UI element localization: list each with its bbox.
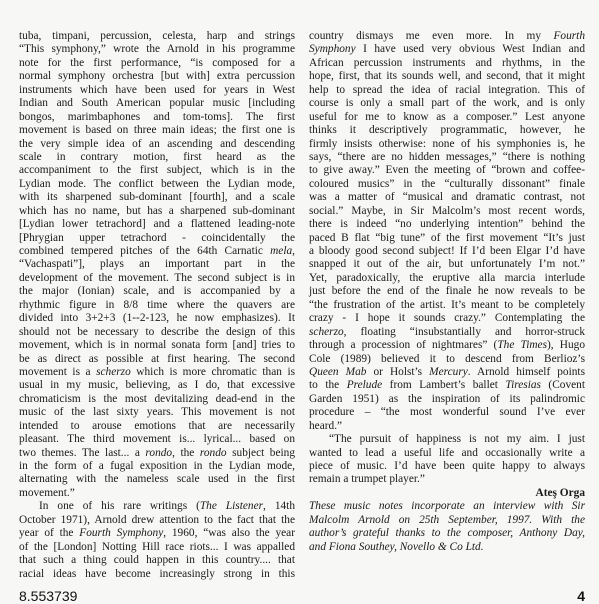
text-line: tuba, timpani, percussion, celesta, harp…: [19, 30, 295, 43]
text-line: wanted to lead a useful life and occasio…: [309, 447, 585, 460]
text-line: remain a trumpet player.”: [309, 473, 585, 486]
text-line: procedure – “the most wonderful sound I’…: [309, 406, 585, 419]
text-segment: ,: [292, 245, 295, 257]
italic-term-scherzo: scherzo: [309, 326, 344, 338]
text-segment: In one of his rare writings (: [39, 500, 200, 512]
text-line: [Lydian lower tetrachord] and a flattene…: [19, 218, 295, 231]
text-line: Symphony I have used very obvious West I…: [309, 43, 585, 56]
italic-title-mercury: Mercury: [429, 366, 468, 378]
text-line: “The pursuit of happiness is not my aim.…: [309, 433, 585, 446]
text-line: scale in contrary motion, first heard as…: [19, 151, 295, 164]
text-line: In one of his rare writings (The Listene…: [19, 500, 295, 513]
text-segment: combined tempered pitches of the 64th Ca…: [19, 245, 270, 257]
text-line: heard.”: [309, 420, 585, 433]
text-line: “Vachaspati”], plays an important part i…: [19, 258, 295, 271]
text-line: note for the first performance, “is comp…: [19, 57, 295, 70]
text-line: to give away.” Even the meeting of “brow…: [309, 164, 585, 177]
text-line: rhythmic figure in 8/8 time where the qu…: [19, 299, 295, 312]
text-line: to the Prelude from Lambert’s ballet Tir…: [309, 379, 585, 392]
text-line: be as direct as possible at first hearin…: [19, 353, 295, 366]
text-segment: , the: [172, 447, 200, 459]
text-segment: , 1960, “was also the year: [163, 527, 295, 539]
credits-line: Malcolm Arnold on 25th September, 1997. …: [309, 514, 585, 527]
text-line: movement, which is in normal sonata form…: [19, 339, 295, 352]
credits-line: These music notes incorporate an intervi…: [309, 500, 585, 513]
text-line: piece of music. I’d have been quite happ…: [309, 460, 585, 473]
text-segment: . Arnold himself points: [468, 366, 585, 378]
text-line: a bloody good second subject! If I’d bee…: [309, 245, 585, 258]
text-segment: , floating “insubstantially and horror-s…: [344, 326, 585, 338]
italic-term-mela: mela: [270, 245, 292, 257]
catalogue-number: 8.553739: [19, 589, 77, 604]
text-segment: to the: [309, 379, 347, 391]
text-segment: , 14th: [263, 500, 295, 512]
left-column: tuba, timpani, percussion, celesta, harp…: [19, 30, 295, 581]
text-line: accompaniment to the first subject, whic…: [19, 164, 295, 177]
text-line: Queen Mab or Holst’s Mercury. Arnold him…: [309, 366, 585, 379]
text-line: usual in my music, believing, as I do, t…: [19, 379, 295, 392]
text-line: through a procession of nightmares” (The…: [309, 339, 585, 352]
text-line: country dismays me even more. In my Four…: [309, 30, 585, 43]
text-line: that such a thing could happen in this c…: [19, 554, 295, 567]
text-line: African percussion instruments and rhyth…: [309, 57, 585, 70]
text-line: just before the end of the finale he now…: [309, 285, 585, 298]
text-line: “the frustration of the artist. It’s mea…: [309, 299, 585, 312]
text-line: bongos, marimbaphones and tom-toms]. The…: [19, 111, 295, 124]
italic-title-fourth: Fourth: [553, 30, 585, 42]
text-line: hope, first, that its sounds well, and s…: [309, 70, 585, 83]
text-line: Lydian mode. The conflict between the Ly…: [19, 178, 295, 191]
text-line: firmly insists otherwise: none of his sy…: [309, 138, 585, 151]
text-line: social.” Maybe, in Sir Malcolm’s most re…: [309, 205, 585, 218]
text-line: course is only a small part of the work,…: [309, 97, 585, 110]
italic-term-rondo: rondo: [145, 447, 172, 459]
text-segment: ), Hugo: [547, 339, 585, 351]
text-segment: (Covent: [541, 379, 585, 391]
text-line: help to spread the idea of racial integr…: [309, 84, 585, 97]
text-line: movement is based on three main ideas; t…: [19, 124, 295, 137]
italic-title-tiresias: Tiresias: [505, 379, 541, 391]
italic-title-the-times: The Times: [497, 339, 547, 351]
text-line: snapped it out of the air, but unfortuna…: [309, 258, 585, 271]
text-line: was a matter of “musical and dramatic co…: [309, 191, 585, 204]
text-line: racial ideas have become increasingly st…: [19, 568, 295, 581]
text-segment: subject being: [227, 447, 295, 459]
text-line: paced B flat “big tune” of the first mov…: [309, 232, 585, 245]
text-segment: I have used very obvious West Indian and: [356, 43, 585, 55]
text-line: there is indeed “no underlying intention…: [309, 218, 585, 231]
text-line: thinks it descriptively programmatic, ho…: [309, 124, 585, 137]
text-line: Indian and South American popular music …: [19, 97, 295, 110]
text-line: coloured musics” in the “culturally diss…: [309, 178, 585, 191]
text-line: crazy - I hope it sounds crazy.” Contemp…: [309, 312, 585, 325]
italic-title-the-listener: The Listener: [200, 500, 263, 512]
text-line: the major (Ionian) scale, and is accompa…: [19, 285, 295, 298]
text-line: Yet, paradoxically, the eruptive alla ma…: [309, 272, 585, 285]
italic-title-symphony: Symphony: [309, 43, 356, 55]
text-line: the very simple idea of an ascending and…: [19, 138, 295, 151]
text-line: [Phrygian upper tetrachord - coincidenta…: [19, 232, 295, 245]
text-line: October 1971), Arnold drew attention to …: [19, 514, 295, 527]
booklet-page: tuba, timpani, percussion, celesta, harp…: [0, 0, 599, 604]
text-line: alternating with the nameless scale used…: [19, 473, 295, 486]
italic-term-rondo: rondo: [200, 447, 227, 459]
text-segment: through a procession of nightmares” (: [309, 339, 497, 351]
text-segment: year of the: [19, 527, 79, 539]
text-line: should not be necessary to describe the …: [19, 326, 295, 339]
italic-title-prelude: Prelude: [347, 379, 383, 391]
text-segment: two themes. The last... a: [19, 447, 145, 459]
text-line: movement is a scherzo which is more chro…: [19, 366, 295, 379]
text-line: in the form of a fugal exposition in the…: [19, 460, 295, 473]
text-line: movement.”: [19, 487, 295, 500]
text-segment: movement is a: [19, 366, 96, 378]
author-signature: Ateş Orga: [309, 487, 585, 500]
italic-title-queen-mab: Queen Mab: [309, 366, 366, 378]
text-line: normal symphony orchestra [but with] ext…: [19, 70, 295, 83]
italic-title-fourth-symphony: Fourth Symphony: [79, 527, 163, 539]
text-line: intended to arouse emotions that are nec…: [19, 420, 295, 433]
text-line: with its sharpened sub-dominant [fourth]…: [19, 191, 295, 204]
text-segment: which is more chromatic than is: [131, 366, 295, 378]
text-line: says, “there are no hidden messages,” “t…: [309, 151, 585, 164]
text-line: two themes. The last... a rondo, the ron…: [19, 447, 295, 460]
right-column: country dismays me even more. In my Four…: [309, 30, 585, 554]
text-line: Garden 1951) as the inspiration of its p…: [309, 393, 585, 406]
text-line: scherzo, floating “insubstantially and h…: [309, 326, 585, 339]
text-line: “This symphony,” wrote the Arnold in his…: [19, 43, 295, 56]
text-line: development of the movement. The second …: [19, 272, 295, 285]
text-line: chromaticism is the most devitalizing de…: [19, 393, 295, 406]
text-line: combined tempered pitches of the 64th Ca…: [19, 245, 295, 258]
text-line: useful for me to know as a composer.” Le…: [309, 111, 585, 124]
text-line: Cole (1989) believed it to descend from …: [309, 353, 585, 366]
text-segment: or Holst’s: [366, 366, 429, 378]
text-line: pleasant. The third movement is... lyric…: [19, 433, 295, 446]
text-line: which has no name, but has a sharpened s…: [19, 205, 295, 218]
credits-line: and Fiona Southey, Novello & Co Ltd.: [309, 541, 585, 554]
credits-line: author’s grateful thanks to the composer…: [309, 527, 585, 540]
text-segment: country dismays me even more. In my: [309, 30, 553, 42]
italic-term-scherzo: scherzo: [96, 366, 131, 378]
text-line: of the [London] Notting Hill race riots.…: [19, 541, 295, 554]
page-number: 4: [577, 589, 585, 604]
text-line: music of the last sixty years. This move…: [19, 406, 295, 419]
text-line: year of the Fourth Symphony, 1960, “was …: [19, 527, 295, 540]
text-segment: from Lambert’s ballet: [382, 379, 505, 391]
text-line: instruments which have been used for yea…: [19, 84, 295, 97]
text-line: divided into 3+2+3 (1--2-123, he now emp…: [19, 312, 295, 325]
